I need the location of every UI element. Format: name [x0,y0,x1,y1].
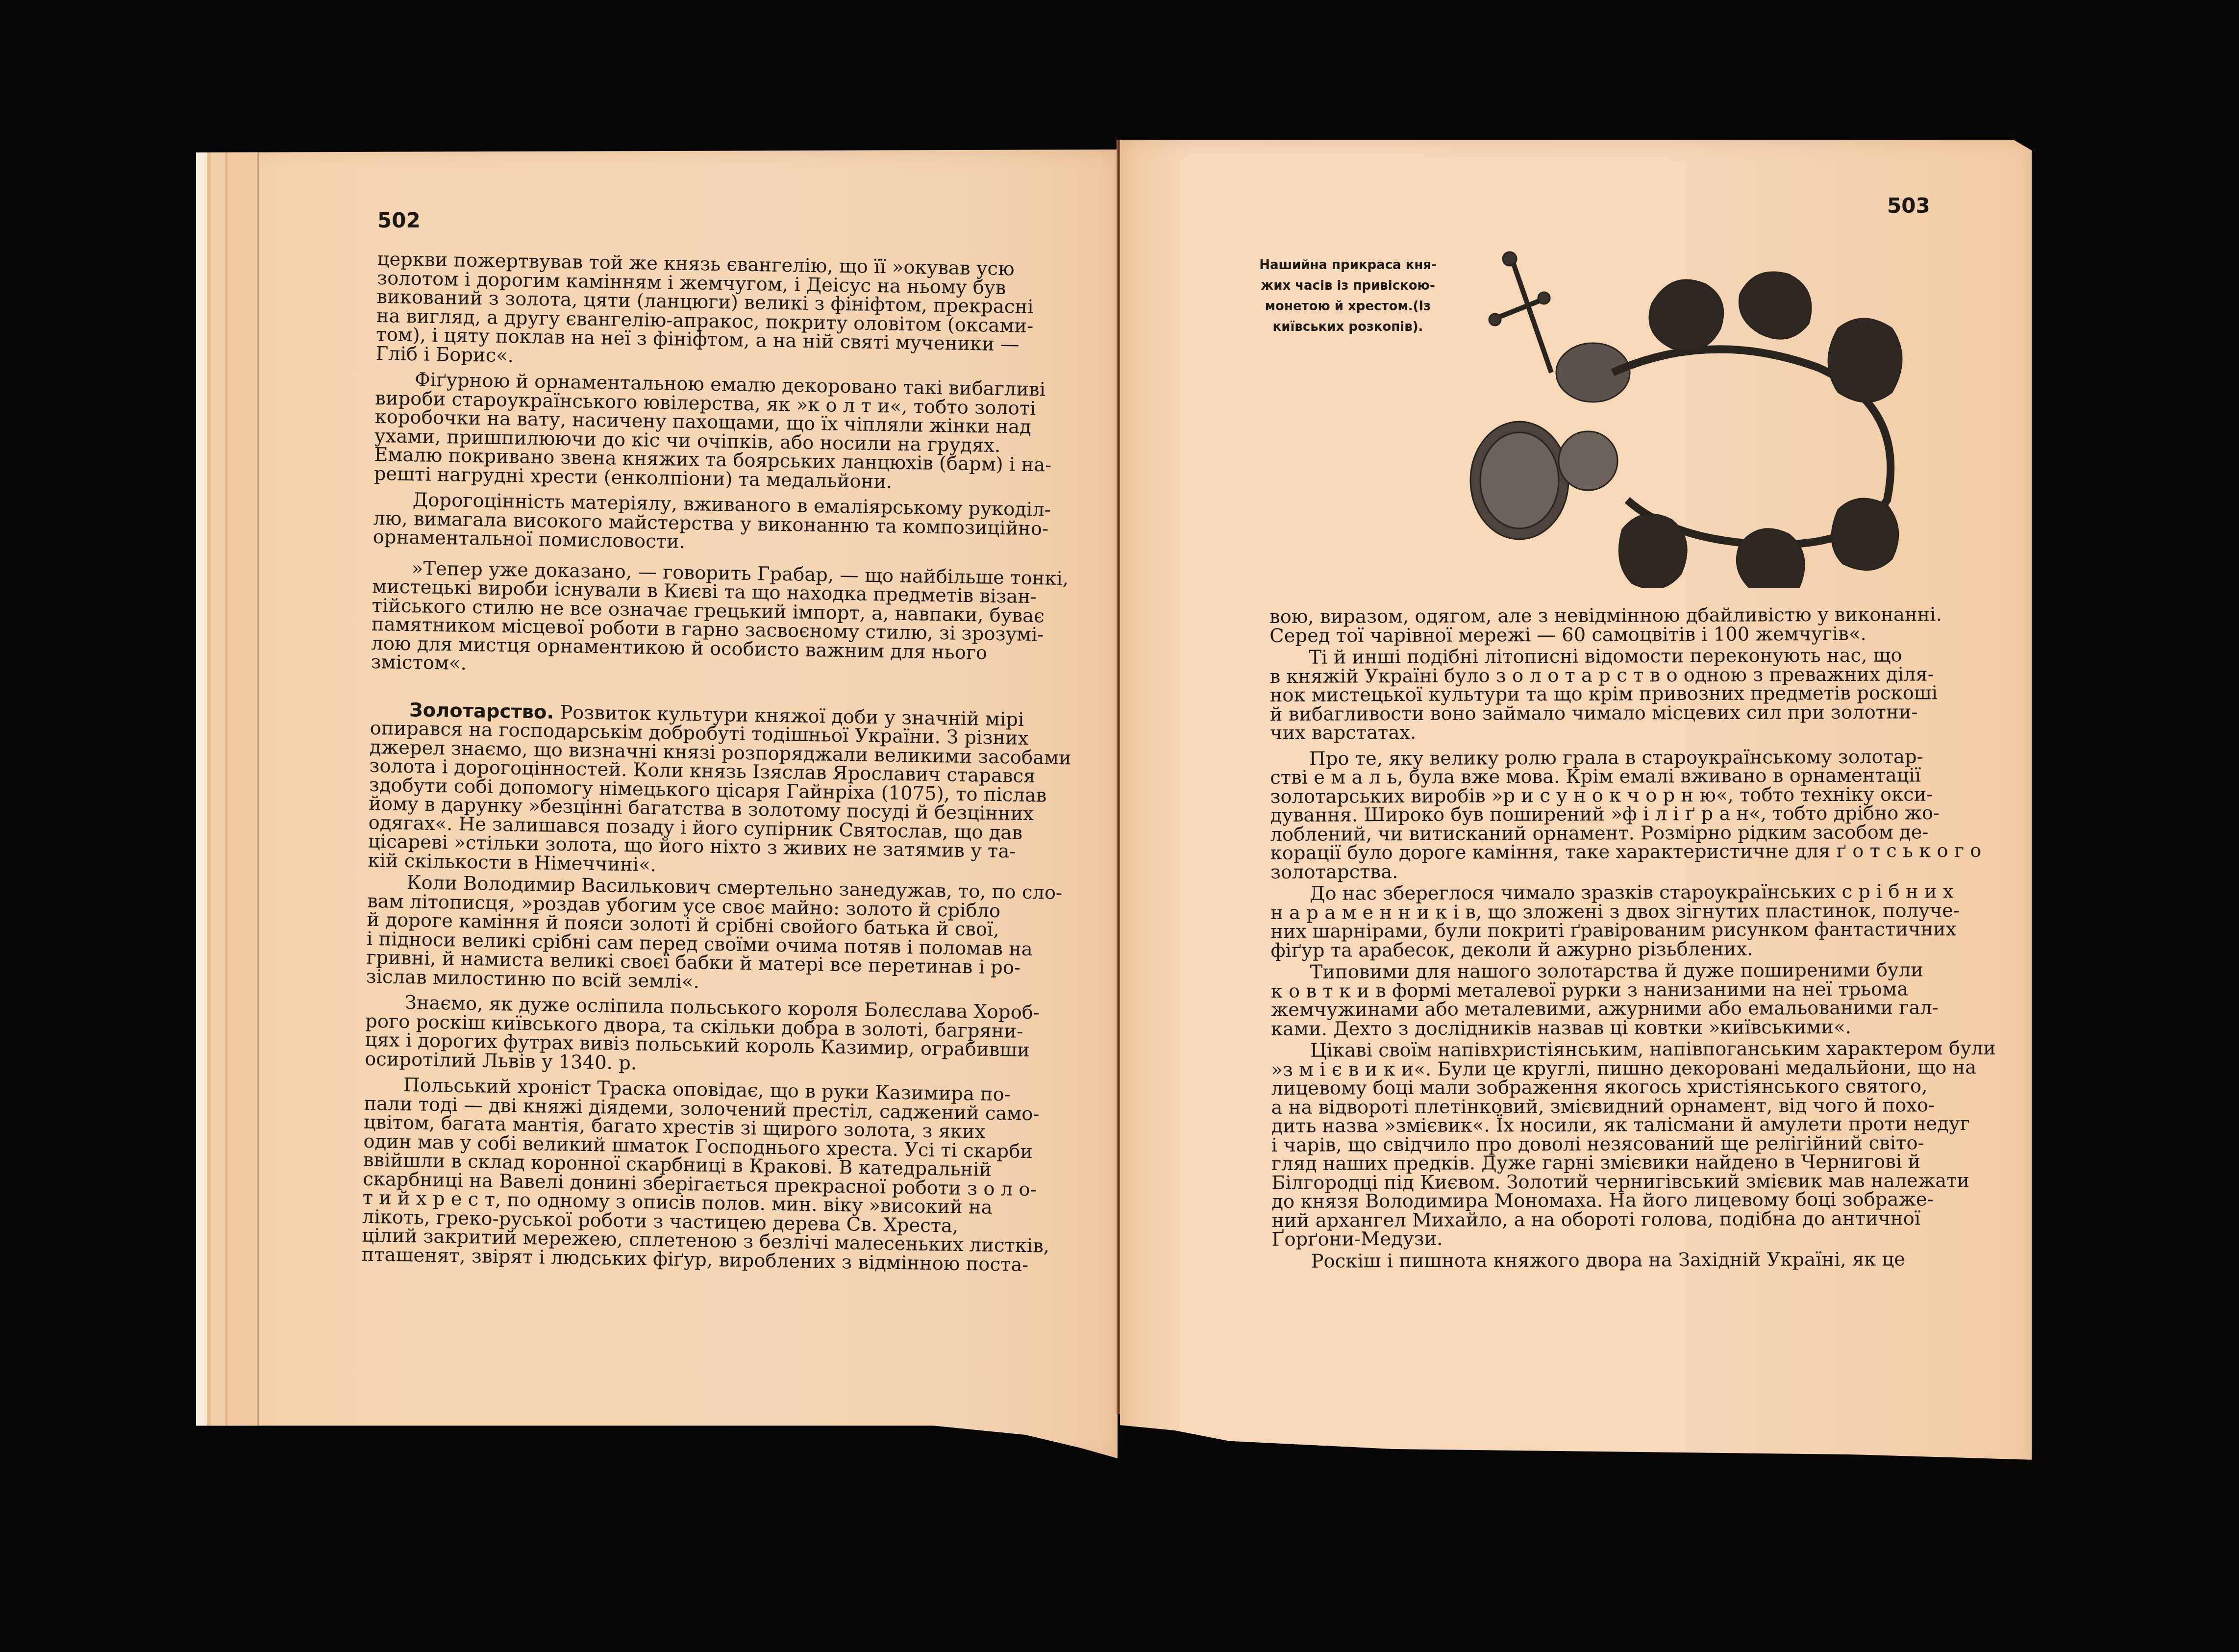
paragraph: вою, виразом, одягом, але з невідмінною … [1269,605,1907,646]
page-stack-edges [196,150,260,1458]
text-line: ний архангел Михайло, а на обороті голов… [1271,1209,1909,1230]
open-book: 502 церкви пожертвував той же князь єван… [0,0,2239,1652]
text-line: жих часів із привіскою- [1261,278,1435,293]
text-line: Нашийна прикраса кня- [1259,258,1437,273]
text-line: золотарства. [1270,861,1908,882]
paragraph: Цікаві своїм напівхристіянським, напівпо… [1271,1039,1909,1249]
paragraph: Про те, яку велику ролю грала в староукр… [1270,748,1908,882]
paragraph: Фіґурною й орнаментальною емалю декорова… [374,370,1022,494]
paragraph: Знаємо, як дуже осліпила польського коро… [365,993,1013,1079]
paragraph: Дорогоцінність матеріялу, вживаного в ем… [373,490,1020,557]
paragraph: Ті й инші подібні літописні відомости пе… [1269,646,1907,743]
paragraph: »Тепер уже доказано, — говорить Грабар, … [371,558,1019,682]
text-line: Роскіш і пишнота княжого двора на Західн… [1272,1250,1909,1271]
page-number-left: 502 [377,208,421,232]
text-line: чих варстатах. [1270,722,1907,743]
paragraph: До нас збереглося чимало зразків староук… [1270,882,1908,960]
text-line: Ґорґони-Медузи. [1271,1228,1909,1249]
page-number-right: 503 [1887,194,1930,218]
text-line: й вибагливости воно займало чимало місце… [1270,703,1907,724]
paragraph: Типовими для нашого золотарства й дуже п… [1271,961,1909,1039]
figure-caption: Нашийна прикраса кня-жих часів із привіс… [1252,255,1443,337]
text-line: ками. Дехто з дослідників назвав ці ковт… [1271,1018,1908,1039]
right-page-text: вою, виразом, одягом, але з невідмінною … [1269,605,1909,1271]
necklace-illustration [1466,245,1931,588]
paragraph: Польський хроніст Траска оповідає, що в … [362,1076,1012,1275]
text-line: Серед тої чарівної мережі — 60 самоцвіті… [1269,625,1907,646]
text-line: корації було дороге каміння, таке характ… [1270,842,1908,863]
paragraph: церкви пожертвував той же князь євангелі… [375,250,1024,374]
section-paragraph: Золотарство. Розвиток культури княжої до… [368,700,1017,880]
text-line: фіґур та арабесок, деколи й ажурно різьб… [1270,939,1908,960]
left-page-text: церкви пожертвував той же князь євангелі… [362,250,1024,1274]
text-line: монетою й хрестом. [1265,299,1413,314]
paragraph: Роскіш і пишнота княжого двора на Західн… [1272,1250,1909,1271]
paragraph: Коли Володимир Василькович смертельно за… [366,873,1014,997]
